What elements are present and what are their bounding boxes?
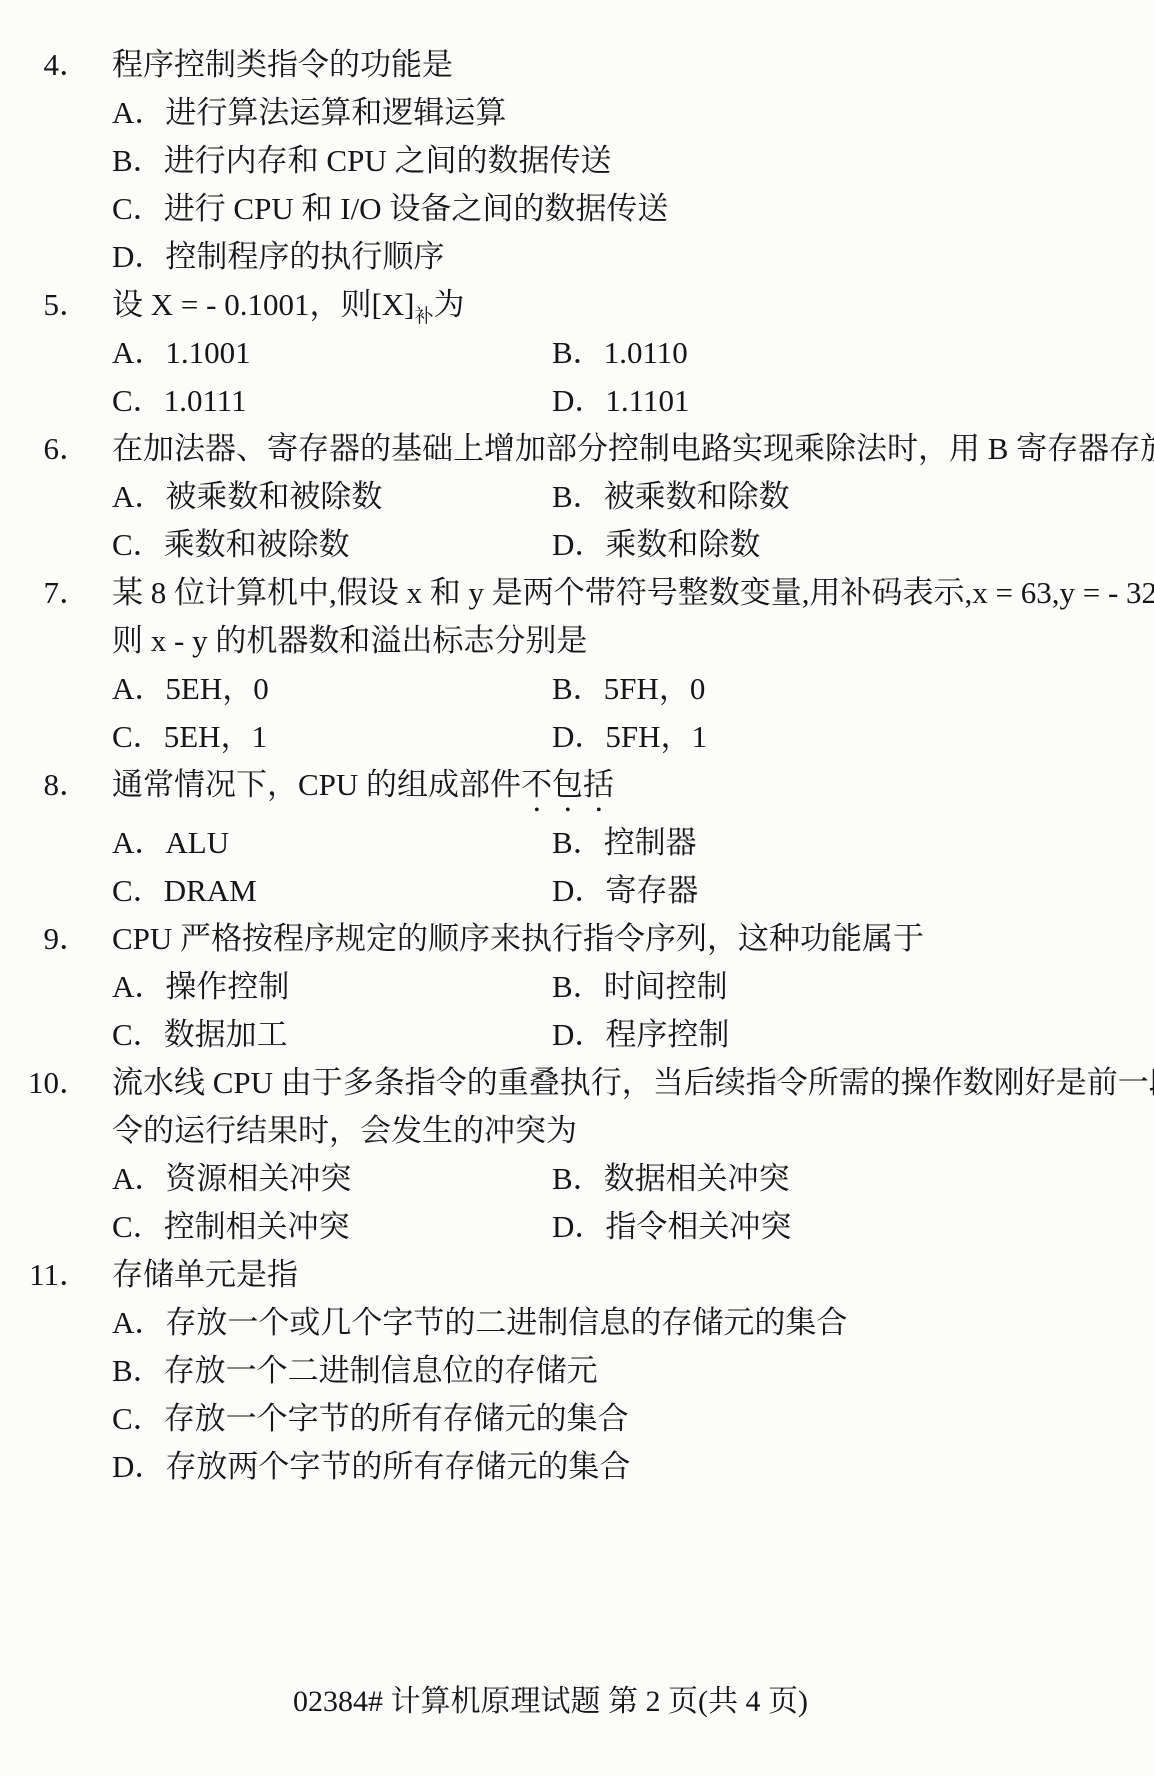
option-text: 程序控制 (605, 1017, 729, 1052)
option-text: 被乘数和被除数 (165, 479, 382, 514)
option-label: D． (552, 1017, 605, 1052)
option-b: B．进行内存和 CPU 之间的数据传送 (112, 137, 1124, 185)
question-stem-line1: 流水线 CPU 由于多条指令的重叠执行，当后续指令所需的操作数刚好是前一段指 (112, 1065, 1154, 1100)
option-a: A．ALU (112, 819, 552, 867)
option-label: C． (112, 527, 164, 562)
option-a: A．操作控制 (112, 963, 552, 1011)
option-b: B．存放一个二进制信息位的存储元 (112, 1347, 1124, 1395)
option-label: B． (112, 1353, 164, 1388)
option-label: A． (112, 479, 165, 514)
option-text: 寄存器 (605, 873, 698, 908)
option-d: D．1.1101 (552, 377, 1124, 425)
option-text: 操作控制 (165, 969, 289, 1004)
option-b: B．控制器 (552, 819, 1124, 867)
subscript-complement: 补 (414, 306, 433, 327)
option-text: 进行算法运算和逻辑运算 (165, 95, 506, 130)
option-label: A． (112, 335, 165, 370)
option-text: 乘数和除数 (605, 527, 760, 562)
question-number: 6． (0, 425, 90, 473)
option-label: A． (112, 95, 165, 130)
option-label: A． (112, 1305, 165, 1340)
option-a: A．1.1001 (112, 329, 552, 377)
option-c: C．乘数和被除数 (112, 521, 552, 569)
question-number: 10． (0, 1059, 90, 1107)
option-label: C． (112, 719, 164, 754)
option-a: A．资源相关冲突 (112, 1155, 552, 1203)
question-number: 5． (0, 281, 90, 329)
question-stem: 在加法器、寄存器的基础上增加部分控制电路实现乘除法时，用 B 寄存器存放 (112, 431, 1154, 466)
option-label: C． (112, 191, 164, 226)
question-stem: 存储单元是指 (112, 1257, 298, 1292)
option-text: 控制相关冲突 (164, 1209, 350, 1244)
option-text: 时间控制 (604, 969, 728, 1004)
question-number: 9． (0, 915, 90, 963)
option-a: A．5EH，0 (112, 665, 552, 713)
option-text: DRAM (164, 873, 257, 908)
question-8: 8． 通常情况下，CPU 的组成部件不包括 A．ALU B．控制器 C．DRAM… (112, 761, 1124, 915)
option-label: D． (112, 1449, 165, 1484)
option-label: D． (552, 383, 605, 418)
question-stem: 通常情况下，CPU 的组成部件不包括 (112, 767, 614, 802)
option-text: 存放一个二进制信息位的存储元 (164, 1353, 598, 1388)
option-b: B．时间控制 (552, 963, 1124, 1011)
option-label: B． (112, 143, 164, 178)
question-stem: 设 X = - 0.1001，则[X]补为 (112, 287, 465, 322)
question-6: 6． 在加法器、寄存器的基础上增加部分控制电路实现乘除法时，用 B 寄存器存放 … (112, 425, 1124, 569)
option-text: 数据加工 (164, 1017, 288, 1052)
option-text: 控制器 (604, 825, 697, 860)
exam-page: 4． 程序控制类指令的功能是 A．进行算法运算和逻辑运算 B．进行内存和 CPU… (0, 0, 1154, 1776)
option-text: ALU (165, 825, 229, 860)
option-b: B．数据相关冲突 (552, 1155, 1124, 1203)
option-c: C．数据加工 (112, 1011, 552, 1059)
question-11: 11． 存储单元是指 A．存放一个或几个字节的二进制信息的存储元的集合 B．存放… (112, 1251, 1124, 1491)
option-c: C．5EH，1 (112, 713, 552, 761)
option-d: D．控制程序的执行顺序 (112, 233, 1124, 281)
option-label: B． (552, 1161, 604, 1196)
option-a: A．进行算法运算和逻辑运算 (112, 89, 1124, 137)
option-text: 5EH，0 (165, 671, 268, 706)
option-label: C． (112, 1401, 164, 1436)
option-c: C．存放一个字节的所有存储元的集合 (112, 1395, 1124, 1443)
option-c: C．1.0111 (112, 377, 552, 425)
option-text: 1.1101 (605, 383, 689, 418)
option-d: D．5FH，1 (552, 713, 1124, 761)
option-text: 数据相关冲突 (604, 1161, 790, 1196)
option-text: 被乘数和除数 (604, 479, 790, 514)
option-a: A．被乘数和被除数 (112, 473, 552, 521)
option-label: D． (552, 527, 605, 562)
option-text: 1.1001 (165, 335, 250, 370)
option-label: A． (112, 1161, 165, 1196)
option-label: D． (552, 719, 605, 754)
question-4: 4． 程序控制类指令的功能是 A．进行算法运算和逻辑运算 B．进行内存和 CPU… (112, 41, 1124, 281)
option-label: D． (112, 239, 165, 274)
option-text: 5FH，0 (604, 671, 706, 706)
option-b: B．5FH，0 (552, 665, 1124, 713)
question-stem: CPU 严格按程序规定的顺序来执行指令序列，这种功能属于 (112, 921, 924, 956)
option-d: D．指令相关冲突 (552, 1203, 1124, 1251)
option-text: 进行 CPU 和 I/O 设备之间的数据传送 (164, 191, 669, 226)
option-label: A． (112, 969, 165, 1004)
option-text: 5EH，1 (164, 719, 267, 754)
option-b: B．被乘数和除数 (552, 473, 1124, 521)
option-text: 乘数和被除数 (164, 527, 350, 562)
option-label: A． (112, 671, 165, 706)
option-label: C． (112, 1017, 164, 1052)
option-c: C．控制相关冲突 (112, 1203, 552, 1251)
option-label: D． (552, 1209, 605, 1244)
question-7: 7． 某 8 位计算机中,假设 x 和 y 是两个带符号整数变量,用补码表示,x… (112, 569, 1124, 761)
option-text: 存放一个或几个字节的二进制信息的存储元的集合 (165, 1305, 847, 1340)
option-label: B． (552, 335, 604, 370)
option-label: A． (112, 825, 165, 860)
option-text: 1.0110 (604, 335, 688, 370)
option-c: C．DRAM (112, 867, 552, 915)
question-10: 10． 流水线 CPU 由于多条指令的重叠执行，当后续指令所需的操作数刚好是前一… (112, 1059, 1124, 1251)
question-9: 9． CPU 严格按程序规定的顺序来执行指令序列，这种功能属于 A．操作控制 B… (112, 915, 1124, 1059)
question-stem-line2: 则 x - y 的机器数和溢出标志分别是 (112, 617, 1124, 665)
option-text: 控制程序的执行顺序 (165, 239, 444, 274)
option-label: C． (112, 1209, 164, 1244)
option-d: D．寄存器 (552, 867, 1124, 915)
option-label: C． (112, 383, 164, 418)
emphasized-text: 不包括 (521, 767, 614, 802)
option-text: 5FH，1 (605, 719, 707, 754)
page-footer: 02384# 计算机原理试题 第 2 页(共 4 页) (293, 1682, 808, 1722)
option-d: D．存放两个字节的所有存储元的集合 (112, 1443, 1124, 1491)
question-stem: 程序控制类指令的功能是 (112, 47, 453, 82)
question-number: 11． (0, 1251, 90, 1299)
option-c: C．进行 CPU 和 I/O 设备之间的数据传送 (112, 185, 1124, 233)
option-label: C． (112, 873, 164, 908)
question-number: 4． (0, 41, 90, 89)
option-text: 资源相关冲突 (165, 1161, 351, 1196)
option-b: B．1.0110 (552, 329, 1124, 377)
option-label: B． (552, 969, 604, 1004)
option-text: 指令相关冲突 (605, 1209, 791, 1244)
option-d: D．乘数和除数 (552, 521, 1124, 569)
question-stem-line1: 某 8 位计算机中,假设 x 和 y 是两个带符号整数变量,用补码表示,x = … (112, 575, 1154, 610)
option-label: D． (552, 873, 605, 908)
option-text: 1.0111 (164, 383, 247, 418)
option-label: B． (552, 825, 604, 860)
question-number: 7． (0, 569, 90, 617)
option-text: 存放两个字节的所有存储元的集合 (165, 1449, 630, 1484)
option-a: A．存放一个或几个字节的二进制信息的存储元的集合 (112, 1299, 1124, 1347)
option-label: B． (552, 671, 604, 706)
question-stem-line2: 令的运行结果时，会发生的冲突为 (112, 1107, 1124, 1155)
question-5: 5． 设 X = - 0.1001，则[X]补为 A．1.1001 B．1.01… (112, 281, 1124, 425)
option-label: B． (552, 479, 604, 514)
option-text: 进行内存和 CPU 之间的数据传送 (164, 143, 612, 178)
option-d: D．程序控制 (552, 1011, 1124, 1059)
question-number: 8． (0, 761, 90, 809)
option-text: 存放一个字节的所有存储元的集合 (164, 1401, 629, 1436)
